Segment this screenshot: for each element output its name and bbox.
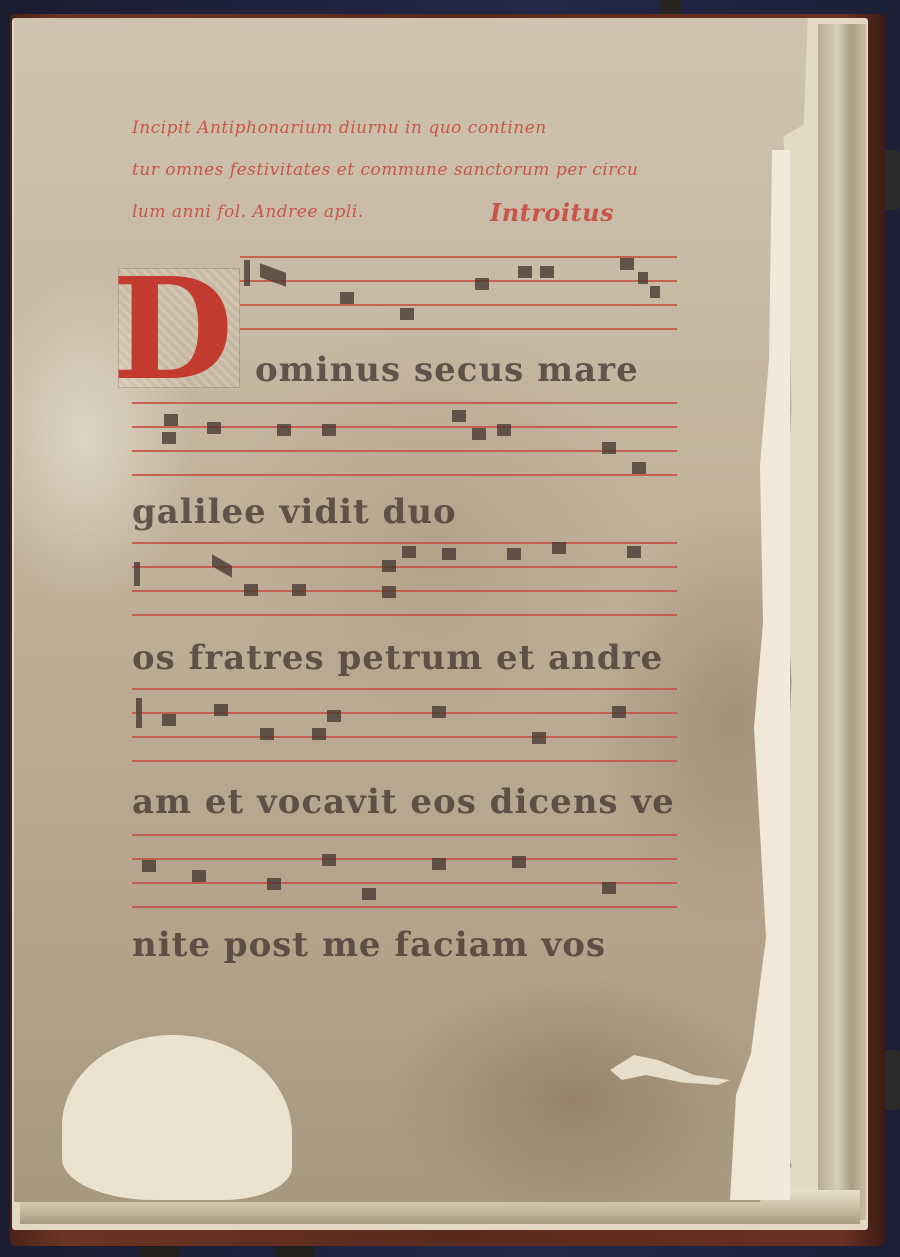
illuminated-initial: D	[112, 270, 242, 400]
music-staff-2	[132, 402, 677, 478]
music-staff-4	[132, 688, 677, 764]
chant-text-line-5: nite post me faciam vos	[132, 925, 606, 965]
rubric-heading-introitus: Introitus	[490, 198, 614, 227]
rubric-line-2: tur omnes festivitates et commune sancto…	[132, 160, 638, 180]
rubric-line-3: lum anni fol. Andree apli.	[132, 202, 364, 222]
chant-text-line-3: os fratres petrum et andre	[132, 638, 663, 678]
music-staff-1	[240, 256, 677, 332]
chant-text-line-4: am et vocavit eos dicens ve	[132, 782, 675, 822]
chant-text-line-1: ominus secus mare	[255, 350, 639, 390]
music-staff-3	[132, 542, 677, 618]
chant-text-line-2: galilee vidit duo	[132, 492, 457, 532]
rubric-line-1: Incipit Antiphonarium diurnu in quo cont…	[132, 118, 547, 138]
music-staff-5	[132, 834, 677, 910]
page-edges-right	[818, 24, 866, 1220]
clef	[244, 260, 250, 286]
